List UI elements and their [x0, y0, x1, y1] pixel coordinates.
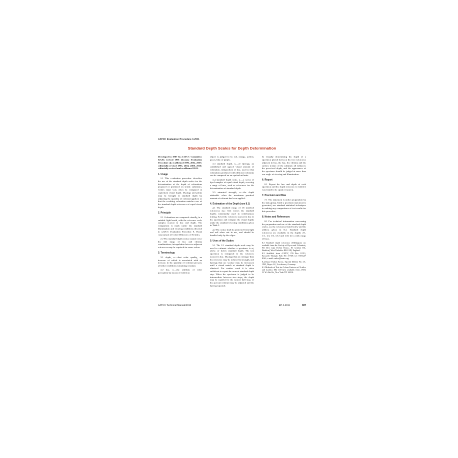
footer-right-group: EP 4-2011 387 [279, 304, 306, 307]
paragraph-3-5: 3.5 saturated strength, n.—the depth att… [210, 191, 254, 200]
references-block: 8.2 Standard depth references (Hilfstype… [262, 241, 306, 273]
reference-note: 8.4 Bayer Farben Revue, Special Edition … [262, 260, 306, 265]
paragraph-2-1: 2.1 Colorations are compared visually, i… [158, 216, 202, 236]
column-1: Developed in 1987 by AATCC Committee RA3… [158, 156, 202, 296]
page-content: AATCC Evaluation Procedure 4-2011 Standa… [158, 138, 306, 318]
page-footer: AATCC Technical Manual/2012 EP 4-2011 38… [158, 304, 306, 307]
section-6-heading: 6. Report [262, 178, 306, 181]
section-4-heading: 4. Estimation of the Depth (see 8.1) [210, 202, 254, 205]
paragraph-7-1: 7.1 The statement is under preparation b… [262, 198, 306, 213]
reference-note: 8.2 Standard depth references (Hilfstype… [262, 241, 306, 251]
section-8-heading: 8. Notes and References [262, 215, 306, 218]
running-header: AATCC Evaluation Procedure 4-2011 [158, 138, 306, 141]
paragraph-8-1: 8.1 For technical information concerning… [262, 220, 306, 240]
paragraph-5-1: 5.1 The 1/1 standard depth scale may be … [210, 244, 254, 288]
paragraph-4-1: 4.1 The standard range of 18 matched ref… [210, 207, 254, 227]
paragraph-3-4: 3.4 standard depth scale, n.—a series of… [210, 178, 254, 190]
section-3-heading: 3. Terminology [158, 251, 202, 254]
paragraph-1-1: 1.1 This evaluation procedure describes … [158, 177, 202, 209]
section-2-heading: 2. Principle [158, 211, 202, 214]
footer-page-number: 387 [302, 304, 306, 307]
section-5-heading: 5. Uses of the Scales [210, 239, 254, 242]
section-7-heading: 7. Precision and Bias [262, 194, 306, 197]
committee-credit: Developed in 1987 by AATCC Committee RA3… [158, 156, 202, 171]
paragraph-6-1: 6.1 Report the hue and depth of each spe… [262, 183, 306, 192]
footer-procedure-code: EP 4-2011 [279, 304, 290, 307]
footer-manual-label: AATCC Technical Manual/2012 [158, 304, 191, 307]
column-3: In visually determining the depth of a s… [262, 156, 306, 296]
paragraph-3-3: 3.3 standard depth, n.—of dyeings, an es… [210, 163, 254, 178]
text-columns: Developed in 1987 by AATCC Committee RA3… [158, 156, 306, 296]
reference-note: 8.3 Available from AATCC, PO Box 12215, … [262, 252, 306, 259]
reference-note: 8.5 Methods of Test for Colour Fastness … [262, 266, 306, 273]
column-2: object is judged to be red, orange, yell… [210, 156, 254, 296]
paragraph-2-2: 2.2 The standard depth scales cannot cov… [158, 237, 202, 249]
paragraph-5-1-continued: In visually determining the depth of a s… [262, 156, 306, 176]
paragraph-3-2: 3.2 hue, n.—the attribute of color perce… [158, 269, 202, 275]
document-page: AATCC Evaluation Procedure 4-2011 Standa… [0, 0, 458, 458]
paragraph-4-2: 4.2 The scales shall be protected from l… [210, 228, 254, 237]
paragraph-3-1: 3.1 depth, n.—that color quality, an inc… [158, 256, 202, 268]
section-1-heading: 1. Usage [158, 173, 202, 176]
paragraph-3-2-continued: object is judged to be red, orange, yell… [210, 156, 254, 162]
document-title: Standard Depth Scales for Depth Determin… [158, 146, 306, 150]
